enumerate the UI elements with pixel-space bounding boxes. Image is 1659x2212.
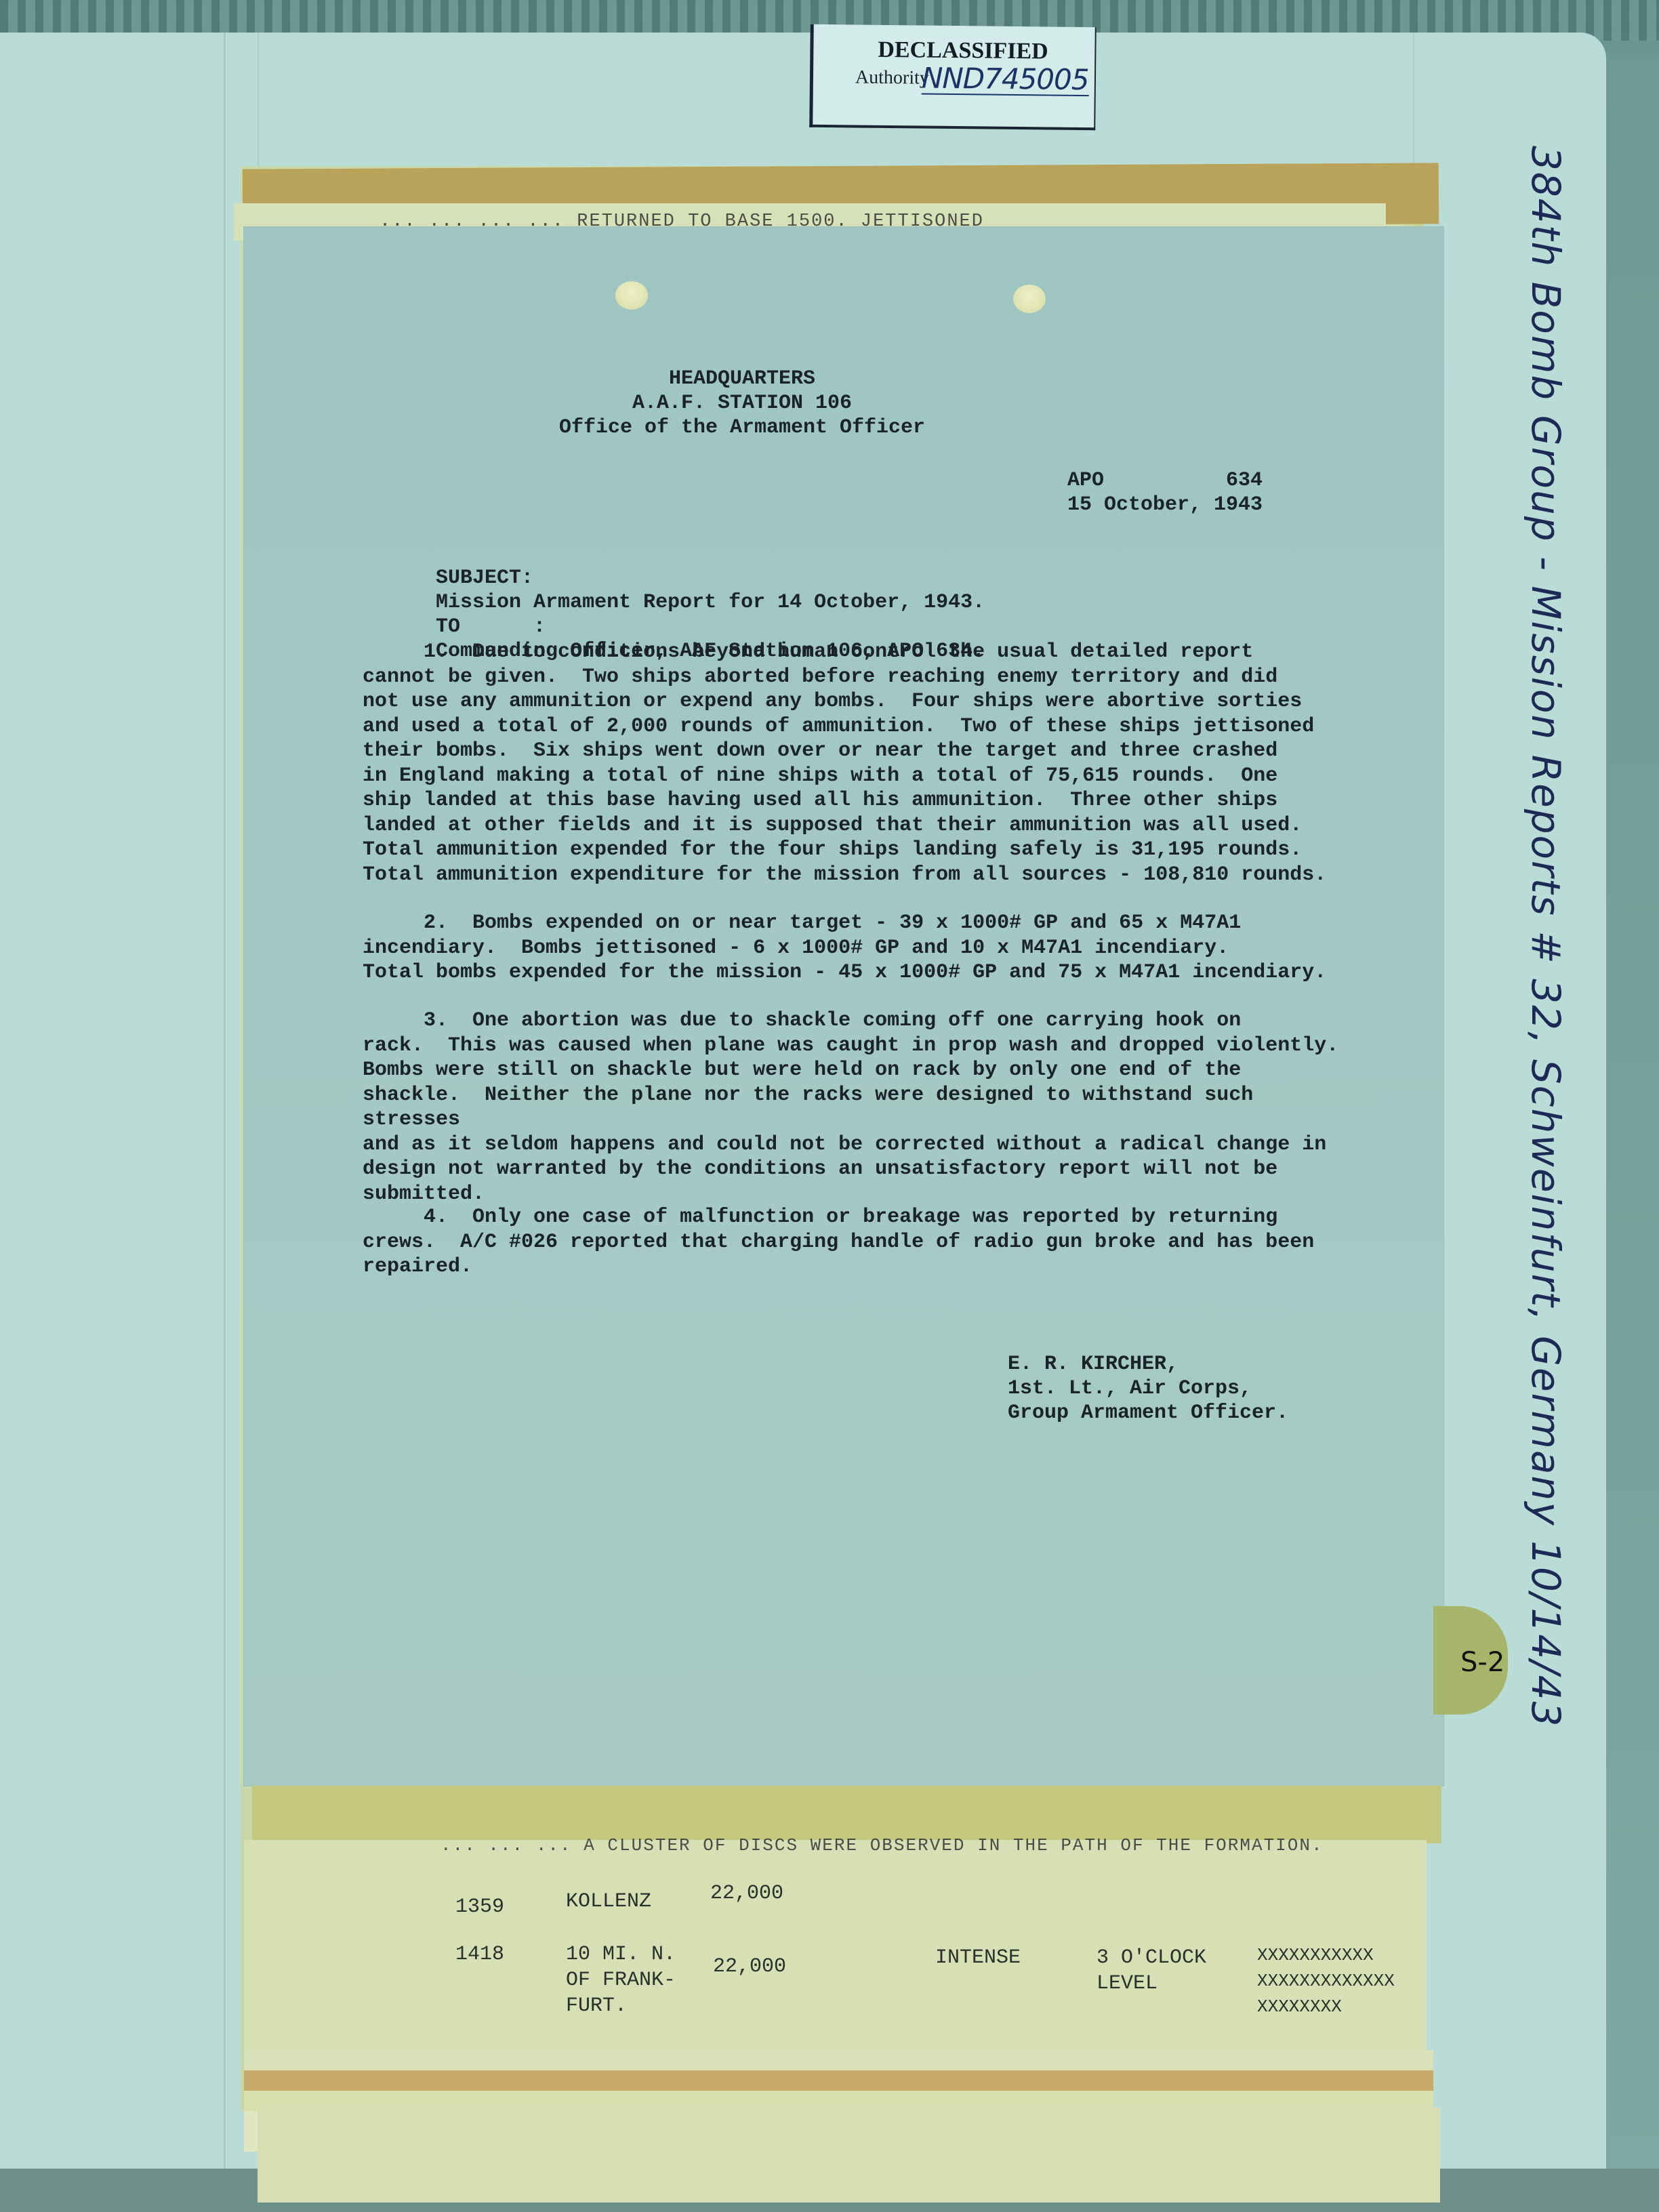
declassified-stamp: DECLASSIFIED Authority NND745005: [809, 24, 1097, 130]
paragraph-4: 4. Only one case of malfunction or break…: [363, 1205, 1352, 1279]
header-headquarters: HEADQUARTERS: [142, 367, 1342, 392]
armament-report-page: HEADQUARTERS A.A.F. STATION 106 Office o…: [244, 227, 1443, 1786]
row-2-location: 10 MI. N. OF FRANK- FURT.: [566, 1942, 676, 2019]
header-office: Office of the Armament Officer: [142, 415, 1342, 441]
row-1-altitude: 22,000: [710, 1881, 783, 1906]
row-2-remarks: XXXXXXXXXXX XXXXXXXXXXXXX XXXXXXXX: [1257, 1942, 1395, 2020]
document-date: 15 October, 1943: [1067, 493, 1263, 518]
apo-number: APO 634: [1067, 468, 1263, 493]
row-1-time: 1359: [455, 1894, 504, 1920]
signature-rank: 1st. Lt., Air Corps,: [1008, 1376, 1288, 1401]
document-body: HEADQUARTERS A.A.F. STATION 106 Office o…: [244, 227, 1443, 1786]
to-label: TO :: [436, 615, 546, 638]
paragraph-2: 2. Bombs expended on or near target - 39…: [363, 911, 1352, 985]
folder-crease: [224, 33, 226, 2174]
signature-name: E. R. KIRCHER,: [1008, 1352, 1288, 1376]
underlying-page: [244, 1840, 1427, 2050]
row-2-position: 3 O'CLOCK LEVEL: [1097, 1945, 1206, 1996]
paragraph-3: 3. One abortion was due to shackle comin…: [363, 1008, 1352, 1206]
row-1-location: KOLLENZ: [566, 1889, 651, 1914]
stamp-authority-number: NND745005: [922, 64, 1089, 97]
underlying-page-text: ... ... ... A CLUSTER OF DISCS WERE OBSE…: [441, 1835, 1324, 1856]
row-2-altitude: 22,000: [713, 1954, 786, 1980]
header-station: A.A.F. STATION 106: [142, 391, 1342, 416]
signature-title: Group Armament Officer.: [1008, 1401, 1288, 1425]
subject-label: SUBJECT:: [436, 567, 533, 590]
row-2-intensity: INTENSE: [935, 1945, 1021, 1971]
stamp-authority-label: Authority: [855, 66, 929, 89]
folder-tab-label: S-2: [1460, 1647, 1504, 1678]
row-2-time: 1418: [455, 1942, 504, 1967]
stamp-title: DECLASSIFIED: [878, 37, 1048, 65]
paragraph-1: 1. Due to conditions beyond human contro…: [363, 640, 1352, 887]
bottom-sheet: [258, 2108, 1440, 2203]
folder-handwritten-label: 384th Bomb Group - Mission Reports # 32,…: [1488, 146, 1569, 1494]
signature-block: E. R. KIRCHER, 1st. Lt., Air Corps, Grou…: [1008, 1352, 1288, 1425]
